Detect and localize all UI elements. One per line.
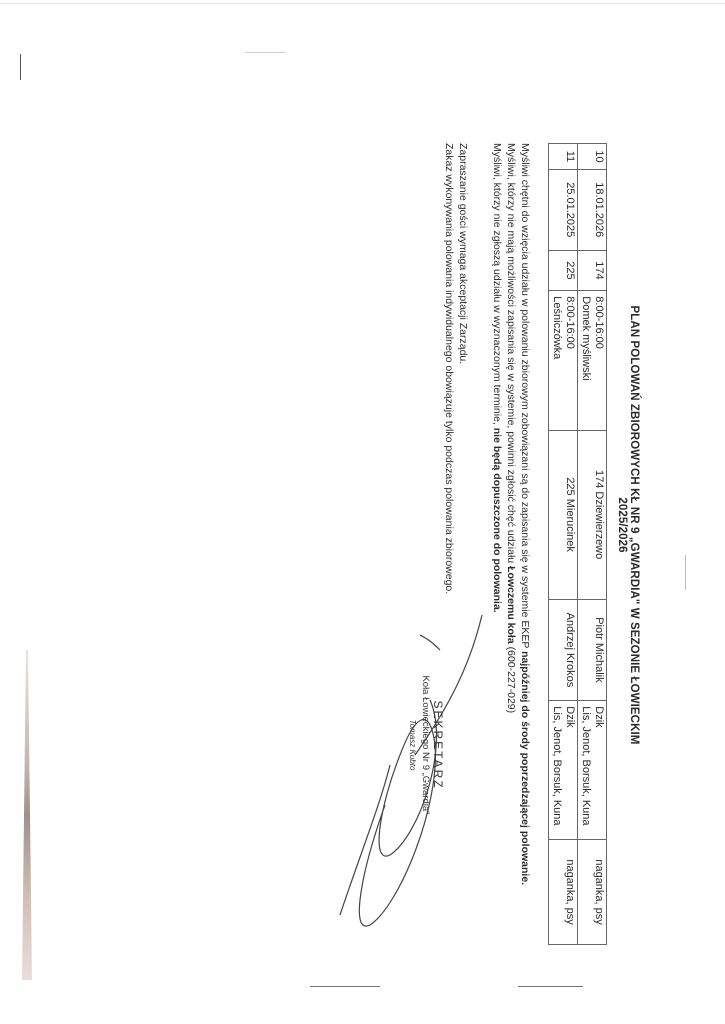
table-row: 11 25.01.2025 225 8:00-16:00 Leśniczówka… <box>549 144 578 945</box>
cell-game: Dzik Lis, Jenot, Borsuk, Kuna <box>549 701 578 840</box>
note-emphasis: Łowczemu koła <box>505 566 517 644</box>
cell-leader: Andrzej Krokos <box>549 599 578 701</box>
cell-no: 11 <box>549 144 578 170</box>
rotated-document-page: PLAN POLOWAŃ ZBIOROWYCH KŁ NR 9 „GWARDIA… <box>80 125 640 945</box>
cell-date: 25.01.2025 <box>549 169 578 250</box>
cell-time-place: 8:00-16:00 Domek myśliwski <box>578 291 607 430</box>
scan-artifact <box>685 555 686 590</box>
cell-time-place: 8:00-16:00 Leśniczówka <box>549 291 578 430</box>
meeting-place: Leśniczówka <box>550 296 563 424</box>
note-emphasis: nie będą dopuszczone do polowania. <box>491 428 503 613</box>
cell-method: naganka, psy <box>549 840 578 945</box>
document-title: PLAN POLOWAŃ ZBIOROWYCH KŁ NR 9 „GWARDIA… <box>616 295 640 755</box>
scan-artifact <box>310 986 380 987</box>
scan-edge <box>0 3 725 4</box>
scan-artifact <box>245 52 285 53</box>
cell-district: 174 <box>578 250 607 291</box>
stamp-organization: Koła Łowieckiego Nr 9 „Gwardia" <box>420 645 431 845</box>
scan-artifact <box>518 986 583 987</box>
note-line: Myśliwi, którzy nie mają możliwości zapi… <box>504 143 518 943</box>
cell-area: 225 Mierucinek <box>549 430 578 599</box>
meeting-place: Domek myśliwski <box>579 296 592 424</box>
cell-area: 174 Dziewierzewo <box>578 430 607 599</box>
note-emphasis: najpóźniej do środy poprzedzającej polow… <box>519 651 531 885</box>
cell-leader: Piotr Michalik <box>578 599 607 701</box>
note-line: Myśliwi, którzy nie zgłoszą udziału w wy… <box>490 143 504 943</box>
cell-date: 18.01.2026 <box>578 169 607 250</box>
time: 8:00-16:00 <box>592 296 605 424</box>
game-primary: Dzik <box>592 706 605 834</box>
game-secondary: Lis, Jenot, Borsuk, Kuna <box>550 706 563 834</box>
cell-method: naganka, psy <box>578 840 607 945</box>
hunt-schedule-table: 10 18.01.2026 174 8:00-16:00 Domek myśli… <box>548 143 607 945</box>
note-phone: (600-227-029) <box>505 644 517 713</box>
scan-torn-edge <box>22 650 32 980</box>
note-line: Myśliwi chętni do wzięcia udziału w polo… <box>518 143 532 943</box>
cell-district: 225 <box>549 250 578 291</box>
game-secondary: Lis, Jenot, Borsuk, Kuna <box>579 706 592 834</box>
cell-game: Dzik Lis, Jenot, Borsuk, Kuna <box>578 701 607 840</box>
game-primary: Dzik <box>563 706 576 834</box>
stamp-name: Tomasz Kubto <box>408 645 417 845</box>
time: 8:00-16:00 <box>563 296 576 424</box>
note-text: Myśliwi, którzy nie zgłoszą udziału w wy… <box>491 143 503 428</box>
notes-block: Myśliwi chętni do wzięcia udziału w polo… <box>490 143 532 943</box>
note-text: Myśliwi chętni do wzięcia udziału w polo… <box>519 143 531 651</box>
note-text: Myśliwi, którzy nie mają możliwości zapi… <box>505 143 517 566</box>
scan-artifact <box>20 54 21 80</box>
secretary-stamp: SEKRETARZ Koła Łowieckiego Nr 9 „Gwardia… <box>408 645 445 845</box>
table-row: 10 18.01.2026 174 8:00-16:00 Domek myśli… <box>578 144 607 945</box>
cell-no: 10 <box>578 144 607 170</box>
stamp-role: SEKRETARZ <box>431 645 445 845</box>
